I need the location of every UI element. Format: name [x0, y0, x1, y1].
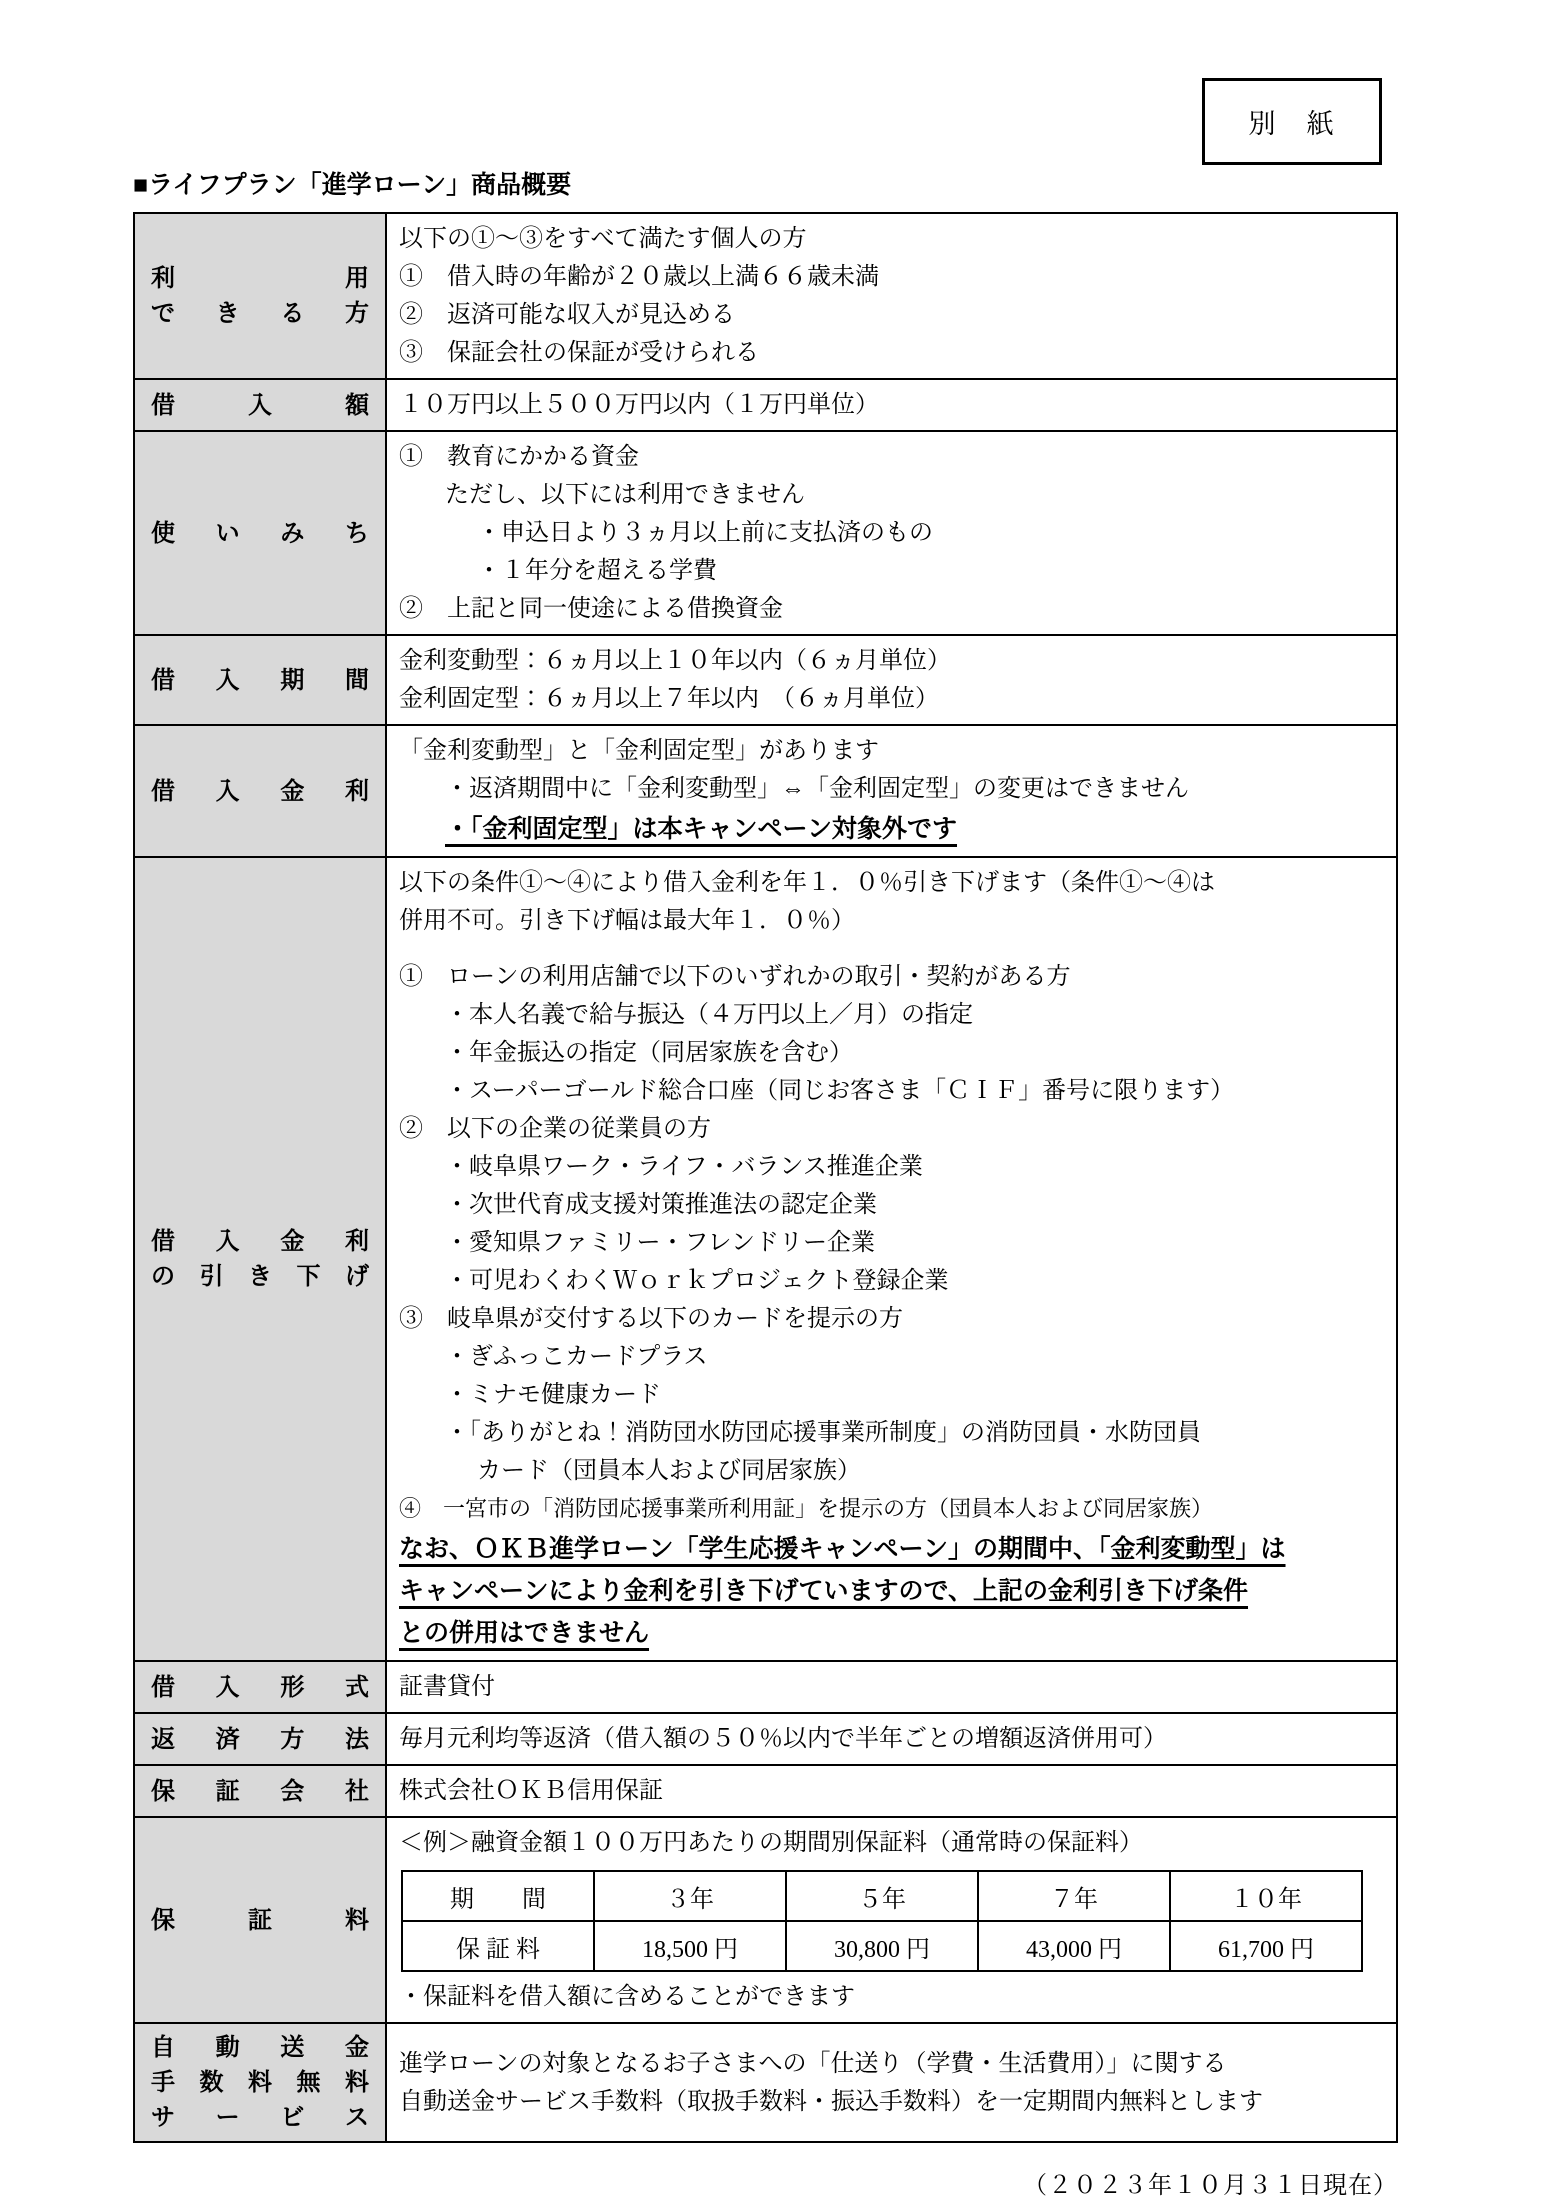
fee-table-value-cell: 43,000 円: [978, 1921, 1170, 1971]
fee-table-header-cell: ５年: [786, 1871, 978, 1921]
document-page: 別 紙 ■ライフプラン「進学ローン」商品概要 利用できる方以下の①～③をすべて満…: [0, 0, 1566, 2201]
content-line: ・次世代育成支援対策推進法の認定企業: [399, 1186, 1384, 1224]
content-line: ・本人名義で給与振込（４万円以上／月）の指定: [399, 996, 1384, 1034]
row-content-repayment-method: 毎月元利均等返済（借入額の５０％以内で半年ごとの増額返済併用可）: [386, 1713, 1397, 1765]
fee-table-header-cell: ３年: [594, 1871, 786, 1921]
content-line: ③ 保証会社の保証が受けられる: [399, 334, 1384, 372]
row-label-interest-rate: 借入金利: [134, 725, 386, 857]
content-line: ただし、以下には利用できません: [399, 476, 1384, 514]
row-label-line: 保証料: [151, 1903, 369, 1938]
content-line: 以下の①～③をすべて満たす個人の方: [399, 220, 1384, 258]
content-line: ・年金振込の指定（同居家族を含む）: [399, 1034, 1384, 1072]
product-summary-table: 利用できる方以下の①～③をすべて満たす個人の方① 借入時の年齢が２０歳以上満６６…: [133, 212, 1398, 2143]
row-content-purpose: ① 教育にかかる資金ただし、以下には利用できません・申込日より３ヵ月以上前に支払…: [386, 431, 1397, 635]
content-line: ② 返済可能な収入が見込める: [399, 296, 1384, 334]
content-line: ・愛知県ファミリー・フレンドリー企業: [399, 1224, 1384, 1262]
row-label-line: サービス: [151, 2100, 369, 2135]
content-line: ・ミナモ健康カード: [399, 1376, 1384, 1414]
product-table-body: 利用できる方以下の①～③をすべて満たす個人の方① 借入時の年齢が２０歳以上満６６…: [134, 213, 1397, 2142]
row-label-line: 使いみち: [151, 516, 369, 551]
row-label-line: の引き下げ: [151, 1259, 369, 1294]
row-content-guarantee-fee: ＜例＞融資金額１００万円あたりの期間別保証料（通常時の保証料）期 間３年５年７年…: [386, 1817, 1397, 2023]
row-label-purpose: 使いみち: [134, 431, 386, 635]
row-label-line: できる方: [151, 296, 369, 331]
row-label-loan-period: 借入期間: [134, 635, 386, 725]
content-line: 株式会社ＯＫＢ信用保証: [399, 1772, 1384, 1810]
content-line: ③ 岐阜県が交付する以下のカードを提示の方: [399, 1300, 1384, 1338]
content-line: ② 上記と同一使途による借換資金: [399, 590, 1384, 628]
row-label-line: 借入形式: [151, 1670, 369, 1705]
row-label-line: 利用: [151, 261, 369, 296]
row-loan-period: 借入期間金利変動型：６ヵ月以上１０年以内（６ヵ月単位）金利固定型：６ヵ月以上７年…: [134, 635, 1397, 725]
content-line: 金利変動型：６ヵ月以上１０年以内（６ヵ月単位）: [399, 642, 1384, 680]
row-label-line: 自動送金: [151, 2030, 369, 2065]
content-line: ① ローンの利用店舗で以下のいずれかの取引・契約がある方: [399, 958, 1384, 996]
fee-table-value-cell: 61,700 円: [1170, 1921, 1362, 1971]
content-line: ・岐阜県ワーク・ライフ・バランス推進企業: [399, 1148, 1384, 1186]
content-line: ・返済期間中に「金利変動型」⇔「金利固定型」の変更はできません: [399, 770, 1384, 808]
content-line: ＜例＞融資金額１００万円あたりの期間別保証料（通常時の保証料）: [399, 1824, 1384, 1862]
fee-table-header-cell: 期 間: [402, 1871, 594, 1921]
content-line: ・スーパーゴールド総合口座（同じお客さま「ＣＩＦ」番号に限ります）: [399, 1072, 1384, 1110]
row-label-line: 保証会社: [151, 1774, 369, 1809]
row-label-line: 返済方法: [151, 1722, 369, 1757]
row-content-interest-rate: 「金利変動型」と「金利固定型」があります・返済期間中に「金利変動型」⇔「金利固定…: [386, 725, 1397, 857]
row-content-loan-format: 証書貸付: [386, 1661, 1397, 1713]
attachment-tag-label: 別 紙: [1249, 102, 1336, 141]
row-auto-transfer-service: 自動送金手数料無料サービス進学ローンの対象となるお子さまへの「仕送り（学費・生活…: [134, 2023, 1397, 2142]
row-interest-rate: 借入金利「金利変動型」と「金利固定型」があります・返済期間中に「金利変動型」⇔「…: [134, 725, 1397, 857]
emphasis-line: ・「金利固定型」は本キャンペーン対象外です: [399, 808, 1384, 850]
row-label-rate-reduction: 借入金利の引き下げ: [134, 857, 386, 1661]
row-guarantee-fee: 保証料＜例＞融資金額１００万円あたりの期間別保証料（通常時の保証料）期 間３年５…: [134, 1817, 1397, 2023]
content-line: 自動送金サービス手数料（取扱手数料・振込手数料）を一定期間内無料とします: [399, 2083, 1384, 2121]
row-label-loan-amount: 借入額: [134, 379, 386, 431]
content-line: 進学ローンの対象となるお子さまへの「仕送り（学費・生活費用）」に関する: [399, 2045, 1384, 2083]
emphasis-line: との併用はできません: [399, 1612, 1384, 1654]
row-label-guarantee-fee: 保証料: [134, 1817, 386, 2023]
fee-table-value-cell: 保 証 料: [402, 1921, 594, 1971]
row-label-line: 借入額: [151, 388, 369, 423]
content-line: 金利固定型：６ヵ月以上７年以内 （６ヵ月単位）: [399, 680, 1384, 718]
content-line: 以下の条件①～④により借入金利を年１．０％引き下げます（条件①～④は: [399, 864, 1384, 902]
page-title: ■ライフプラン「進学ローン」商品概要: [133, 170, 1398, 200]
row-label-guarantee-company: 保証会社: [134, 1765, 386, 1817]
content-line: ・ぎふっこカードプラス: [399, 1338, 1384, 1376]
guarantee-fee-table: 期 間３年５年７年１０年保 証 料18,500 円30,800 円43,000 …: [401, 1870, 1363, 1972]
row-label-line: 借入期間: [151, 663, 369, 698]
row-loan-format: 借入形式証書貸付: [134, 1661, 1397, 1713]
content-line: ・可児わくわくＷｏｒｋプロジェクト登録企業: [399, 1262, 1384, 1300]
content-line: 証書貸付: [399, 1668, 1384, 1706]
footer-date: （２０２３年１０月３１日現在）: [133, 2165, 1398, 2200]
content-line: 併用不可。引き下げ幅は最大年１．０％）: [399, 902, 1384, 940]
row-content-eligibility: 以下の①～③をすべて満たす個人の方① 借入時の年齢が２０歳以上満６６歳未満② 返…: [386, 213, 1397, 379]
row-content-loan-period: 金利変動型：６ヵ月以上１０年以内（６ヵ月単位）金利固定型：６ヵ月以上７年以内 （…: [386, 635, 1397, 725]
row-label-loan-format: 借入形式: [134, 1661, 386, 1713]
note-line: ・保証料を借入額に含めることができます: [399, 1978, 1384, 2016]
content-line: ・申込日より３ヵ月以上前に支払済のもの: [399, 514, 1384, 552]
row-rate-reduction: 借入金利の引き下げ以下の条件①～④により借入金利を年１．０％引き下げます（条件①…: [134, 857, 1397, 1661]
row-content-rate-reduction: 以下の条件①～④により借入金利を年１．０％引き下げます（条件①～④は併用不可。引…: [386, 857, 1397, 1661]
row-label-line: 手数料無料: [151, 2065, 369, 2100]
row-label-line: 借入金利: [151, 1224, 369, 1259]
guarantee-fee-table-header-row: 期 間３年５年７年１０年: [402, 1871, 1362, 1921]
row-label-repayment-method: 返済方法: [134, 1713, 386, 1765]
row-content-auto-transfer-service: 進学ローンの対象となるお子さまへの「仕送り（学費・生活費用）」に関する自動送金サ…: [386, 2023, 1397, 2142]
content-line: ② 以下の企業の従業員の方: [399, 1110, 1384, 1148]
emphasis-line: キャンペーンにより金利を引き下げていますので、上記の金利引き下げ条件: [399, 1570, 1384, 1612]
fee-table-value-cell: 30,800 円: [786, 1921, 978, 1971]
row-repayment-method: 返済方法毎月元利均等返済（借入額の５０％以内で半年ごとの増額返済併用可）: [134, 1713, 1397, 1765]
row-label-auto-transfer-service: 自動送金手数料無料サービス: [134, 2023, 386, 2142]
content-line: ④ 一宮市の「消防団応援事業所利用証」を提示の方（団員本人および同居家族）: [399, 1490, 1384, 1528]
row-label-eligibility: 利用できる方: [134, 213, 386, 379]
content-line: １０万円以上５００万円以内（１万円単位）: [399, 386, 1384, 424]
emphasis-line: なお、ＯＫＢ進学ローン「学生応援キャンペーン」の期間中、「金利変動型」は: [399, 1528, 1384, 1570]
row-guarantee-company: 保証会社株式会社ＯＫＢ信用保証: [134, 1765, 1397, 1817]
row-purpose: 使いみち① 教育にかかる資金ただし、以下には利用できません・申込日より３ヵ月以上…: [134, 431, 1397, 635]
row-eligibility: 利用できる方以下の①～③をすべて満たす個人の方① 借入時の年齢が２０歳以上満６６…: [134, 213, 1397, 379]
content-line: ① 教育にかかる資金: [399, 438, 1384, 476]
content-line: 「金利変動型」と「金利固定型」があります: [399, 732, 1384, 770]
fee-table-value-cell: 18,500 円: [594, 1921, 786, 1971]
attachment-tag-box: 別 紙: [1202, 78, 1382, 165]
row-loan-amount: 借入額１０万円以上５００万円以内（１万円単位）: [134, 379, 1397, 431]
row-label-line: 借入金利: [151, 774, 369, 809]
row-content-loan-amount: １０万円以上５００万円以内（１万円単位）: [386, 379, 1397, 431]
content-line: カード（団員本人および同居家族）: [399, 1452, 1384, 1490]
document-content: ■ライフプラン「進学ローン」商品概要 利用できる方以下の①～③をすべて満たす個人…: [133, 170, 1398, 2200]
content-line: 毎月元利均等返済（借入額の５０％以内で半年ごとの増額返済併用可）: [399, 1720, 1384, 1758]
content-line: ① 借入時の年齢が２０歳以上満６６歳未満: [399, 258, 1384, 296]
content-line: ・「ありがとね！消防団水防団応援事業所制度」の消防団員・水防団員: [399, 1414, 1384, 1452]
fee-table-header-cell: ７年: [978, 1871, 1170, 1921]
content-line: ・１年分を超える学費: [399, 552, 1384, 590]
row-content-guarantee-company: 株式会社ＯＫＢ信用保証: [386, 1765, 1397, 1817]
guarantee-fee-table-values-row: 保 証 料18,500 円30,800 円43,000 円61,700 円: [402, 1921, 1362, 1971]
fee-table-header-cell: １０年: [1170, 1871, 1362, 1921]
